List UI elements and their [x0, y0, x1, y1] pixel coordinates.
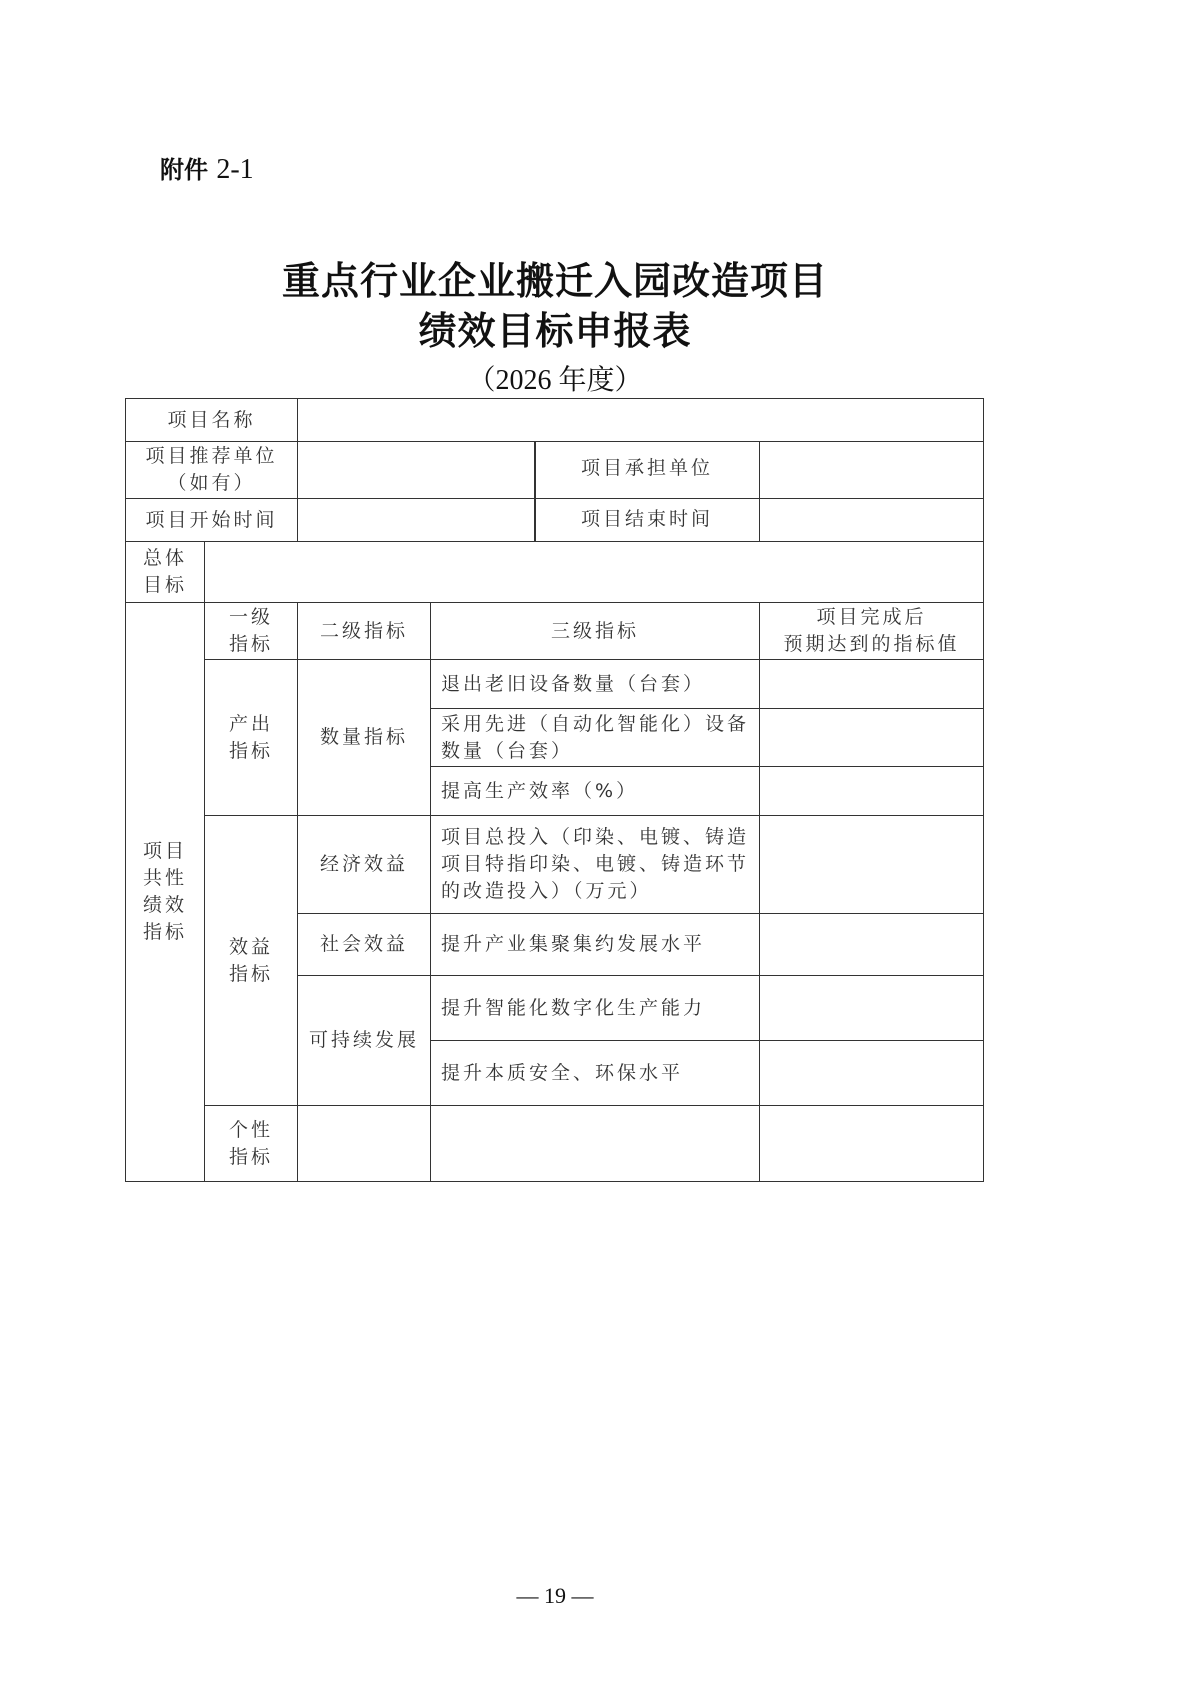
economic-item-label: 项目总投入（印染、电镀、铸造项目特指印染、电镀、铸造环节的改造投入）（万元） — [431, 816, 760, 914]
page-number: — 19 — — [0, 1583, 1110, 1609]
attachment-number: 2-1 — [216, 154, 253, 185]
group-label-line2: 共性 — [132, 865, 198, 892]
economic-level2: 经济效益 — [298, 816, 431, 914]
header-level1-line1: 一级 — [211, 604, 291, 631]
indicator-row: 效益 指标 经济效益 项目总投入（印染、电镀、铸造项目特指印染、电镀、铸造环节的… — [126, 816, 984, 914]
attachment-label: 附件 2-1 — [160, 150, 254, 186]
document-title-line1: 重点行业企业搬迁入园改造项目 — [0, 250, 1110, 305]
row-project-name: 项目名称 — [126, 399, 984, 442]
output-level1-line1: 产出 — [211, 711, 291, 738]
sustainable-item-label: 提升智能化数字化生产能力 — [431, 976, 760, 1041]
output-level1: 产出 指标 — [205, 660, 298, 816]
document-year: （2026 年度） — [0, 358, 1110, 398]
overall-goal-field[interactable] — [205, 542, 984, 603]
output-item-value-field[interactable] — [760, 767, 984, 816]
output-level2: 数量指标 — [298, 660, 431, 816]
group-label-line1: 项目 — [132, 838, 198, 865]
recommend-unit-label-line1: 项目推荐单位 — [132, 443, 291, 470]
social-item-label: 提升产业集聚集约发展水平 — [431, 914, 760, 976]
group-label-line3: 绩效 — [132, 892, 198, 919]
undertake-unit-field[interactable] — [760, 442, 984, 499]
document-title-line2: 绩效目标申报表 — [0, 300, 1110, 355]
project-name-label: 项目名称 — [126, 399, 298, 442]
common-indicator-group-label: 项目 共性 绩效 指标 — [126, 603, 205, 1182]
benefit-level1-line1: 效益 — [211, 934, 291, 961]
output-item-label: 提高生产效率（%） — [431, 767, 760, 816]
units-divider — [534, 441, 536, 541]
benefit-level1: 效益 指标 — [205, 816, 298, 1106]
indicator-header-row: 项目 共性 绩效 指标 一级 指标 二级指标 三级指标 项目完成后 预期达到的指… — [126, 603, 984, 660]
header-level2: 二级指标 — [298, 603, 431, 660]
personal-level3-field[interactable] — [760, 1106, 984, 1182]
header-level3: 三级指标 — [431, 603, 760, 660]
sustainable-item-value-field[interactable] — [760, 1041, 984, 1106]
recommend-unit-label: 项目推荐单位 （如有） — [126, 442, 298, 499]
sustainable-item-label: 提升本质安全、环保水平 — [431, 1041, 760, 1106]
indicator-row: 产出 指标 数量指标 退出老旧设备数量（台套） — [126, 660, 984, 709]
row-overall-goal: 总体 目标 — [126, 542, 984, 603]
economic-item-value-field[interactable] — [760, 816, 984, 914]
output-level1-line2: 指标 — [211, 738, 291, 765]
personal-indicator-row: 个性 指标 — [126, 1106, 984, 1182]
social-level2: 社会效益 — [298, 914, 431, 976]
personal-indicator-label: 个性 指标 — [205, 1106, 298, 1182]
sustainable-item-value-field[interactable] — [760, 976, 984, 1041]
header-expected-value: 项目完成后 预期达到的指标值 — [760, 603, 984, 660]
personal-level1-field[interactable] — [298, 1106, 431, 1182]
header-expected-line2: 预期达到的指标值 — [766, 631, 977, 658]
start-time-label: 项目开始时间 — [126, 499, 298, 542]
output-item-value-field[interactable] — [760, 709, 984, 767]
group-label-line4: 指标 — [132, 919, 198, 946]
header-level1-line2: 指标 — [211, 631, 291, 658]
end-time-label: 项目结束时间 — [535, 506, 759, 533]
personal-label-line2: 指标 — [211, 1144, 291, 1171]
header-level1: 一级 指标 — [205, 603, 298, 660]
output-item-label: 采用先进（自动化智能化）设备数量（台套） — [431, 709, 760, 767]
output-item-label: 退出老旧设备数量（台套） — [431, 660, 760, 709]
personal-level2-field[interactable] — [431, 1106, 760, 1182]
overall-goal-label-line2: 目标 — [132, 572, 198, 599]
sustainable-level2: 可持续发展 — [298, 976, 431, 1106]
overall-goal-label-line1: 总体 — [132, 545, 198, 572]
attachment-prefix: 附件 — [160, 156, 208, 184]
benefit-level1-line2: 指标 — [211, 961, 291, 988]
personal-label-line1: 个性 — [211, 1117, 291, 1144]
undertake-unit-label: 项目承担单位 — [535, 455, 759, 482]
overall-goal-label: 总体 目标 — [126, 542, 205, 603]
header-expected-line1: 项目完成后 — [766, 604, 977, 631]
project-name-field[interactable] — [298, 399, 984, 442]
end-time-field[interactable] — [760, 499, 984, 542]
social-item-value-field[interactable] — [760, 914, 984, 976]
recommend-unit-label-line2: （如有） — [132, 470, 291, 497]
output-item-value-field[interactable] — [760, 660, 984, 709]
